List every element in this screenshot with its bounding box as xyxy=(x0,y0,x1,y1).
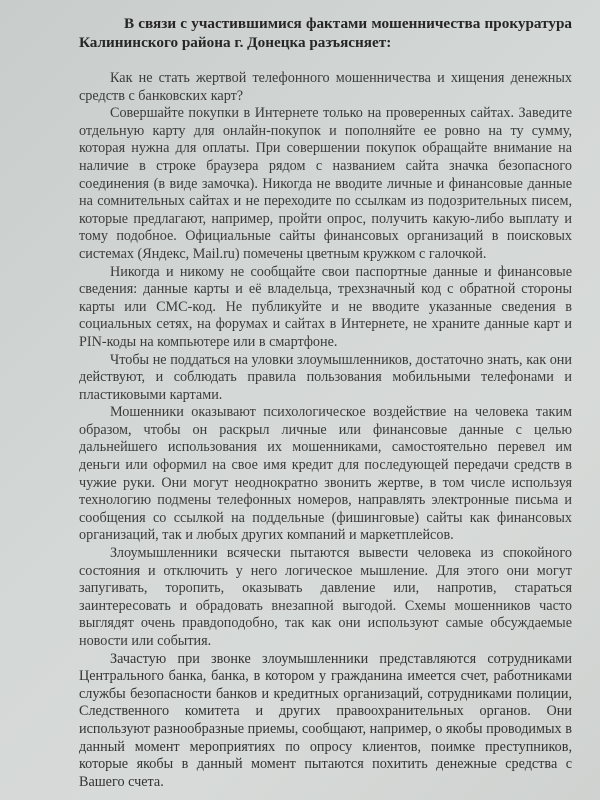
document-page: В связи с участившимися фактами мошеннич… xyxy=(0,0,600,800)
paragraph-manipulation: Злоумышленники всячески пытаются вывести… xyxy=(79,545,572,651)
document-title: В связи с участившимися фактами мошеннич… xyxy=(79,14,572,52)
question-paragraph: Как не стать жертвой телефонного мошенни… xyxy=(79,70,572,105)
document-body: В связи с участившимися фактами мошеннич… xyxy=(79,14,572,791)
paragraph-online-shopping: Совершайте покупки в Интернете только на… xyxy=(79,105,572,263)
paragraph-psychological-pressure: Мошенники оказывают психологическое возд… xyxy=(79,404,572,545)
paragraph-impersonation: Зачастую при звонке злоумышленники предс… xyxy=(79,651,572,792)
paragraph-personal-data: Никогда и никому не сообщайте свои паспо… xyxy=(79,264,572,352)
paragraph-rules: Чтобы не поддаться на уловки злоумышленн… xyxy=(79,352,572,405)
